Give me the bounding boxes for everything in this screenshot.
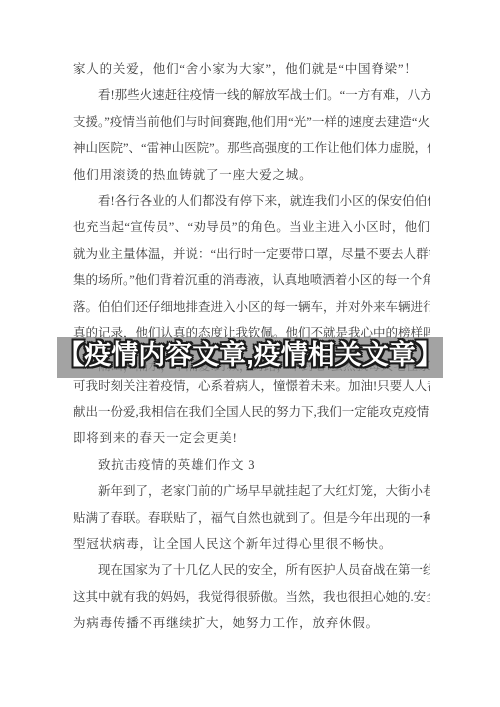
text-line: 致抗击疫情的英雄们作文 3 — [73, 452, 430, 478]
text-line: 这其中就有我的妈妈，我觉得很骄傲。当然，我也很担心她的.安全。 — [73, 584, 430, 610]
text-line: 看!各行各业的人们都没有停下来，就连我们小区的保安伯伯们 — [73, 188, 430, 214]
text-line: 型冠状病毒，让全国人民这个新年过得心里很不畅快。 — [73, 531, 430, 557]
text-line: 新年到了，老家门前的广场早早就挂起了大红灯笼，大街小巷也 — [73, 478, 430, 504]
text-line: 贴满了春联。春联贴了，福气自然也就到了。但是今年出现的一种新 — [73, 505, 430, 531]
text-line: 现在国家为了十几亿人民的安全，所有医护人员奋战在第一线。 — [73, 557, 430, 583]
text-line: 即将到来的春天一定会更美! — [73, 425, 430, 451]
text-line: 献出一份爱,我相信在我们全国人民的努力下,我们一定能攻克疫情! — [73, 399, 430, 425]
text-line: 就为业主量体温，并说：“出行时一定要带口罩，尽量不要去人群密 — [73, 241, 430, 267]
text-line: 集的场所。”他们背着沉重的消毒液，认真地喷洒着小区的每一个角 — [73, 267, 430, 293]
text-line: 为病毒传播不再继续扩大，她努力工作，放弃休假。 — [73, 610, 430, 636]
text-line: 看!那些火速赶往疫情一线的解放军战士们。“一方有难，八方 — [73, 82, 430, 108]
watermark-text: 【疫情内容文章,疫情相关文章】 — [57, 337, 443, 378]
text-line: 神山医院”、“雷神山医院”。那些高强度的工作让他们体力虚脱，但 — [73, 135, 430, 161]
text-line: 他们用滚烫的热血铸就了一座大爱之城。 — [73, 162, 430, 188]
text-line: 落。伯伯们还仔细地排查进入小区的每一辆车，并对外来车辆进行认 — [73, 294, 430, 320]
text-line: 家人的关爱，他们“舍小家为大家”，他们就是“中国脊梁”！ — [73, 56, 430, 82]
text-line: 支援。”疫情当前他们与时间赛跑,他们用“光”一样的速度去建造“火 — [73, 109, 430, 135]
document-page: 家人的关爱，他们“舍小家为大家”，他们就是“中国脊梁”！看!那些火速赶往疫情一线… — [0, 0, 500, 707]
text-line: 也充当起“宣传员”、“劝导员”的角色。当业主进入小区时，他们 — [73, 214, 430, 240]
